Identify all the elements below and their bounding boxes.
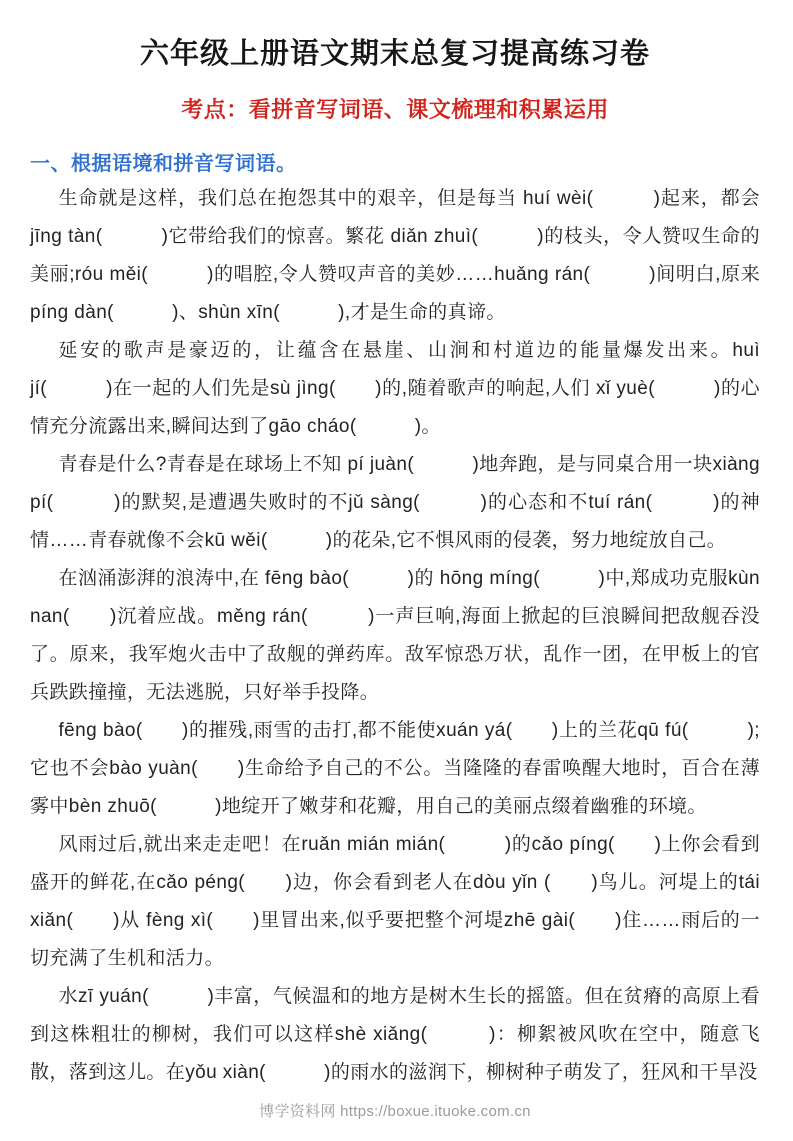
exercise-paragraph-2: 延安的歌声是豪迈的，让蕴含在悬崖、山涧和村道边的能量爆发出来。huì jí( )…: [30, 332, 760, 446]
exam-points-subtitle: 考点：看拼音写词语、课文梳理和积累运用: [30, 93, 760, 124]
exercise-paragraph-3: 青春是什么?青春是在球场上不知 pí juàn( )地奔跑，是与同桌合用一块xi…: [30, 446, 760, 560]
page-title: 六年级上册语文期末总复习提高练习卷: [30, 36, 760, 72]
exercise-paragraph-5: fēng bào( )的摧残,雨雪的击打,都不能使xuán yá( )上的兰花q…: [30, 712, 760, 826]
exercise-paragraph-4: 在汹涌澎湃的浪涛中,在 fēng bào( )的 hōng míng( )中,郑…: [30, 560, 760, 712]
exam-page: 六年级上册语文期末总复习提高练习卷 考点：看拼音写词语、课文梳理和积累运用 一、…: [0, 0, 793, 1141]
exercise-paragraph-6: 风雨过后,就出来走走吧！在ruǎn mián mián( )的cǎo píng(…: [30, 826, 760, 978]
footer-watermark: 博学资料网 https://boxue.ituoke.com.cn: [30, 1092, 760, 1131]
exercise-content: 生命就是这样，我们总在抱怨其中的艰辛，但是每当 huí wèi( )起来，都会j…: [30, 180, 760, 1092]
exercise-paragraph-7: 水zī yuán( )丰富，气候温和的地方是树木生长的摇篮。但在贫瘠的高原上看到…: [30, 978, 760, 1092]
exercise-paragraph-1: 生命就是这样，我们总在抱怨其中的艰辛，但是每当 huí wèi( )起来，都会j…: [30, 180, 760, 332]
section-heading: 一、根据语境和拼音写词语。: [30, 147, 760, 176]
